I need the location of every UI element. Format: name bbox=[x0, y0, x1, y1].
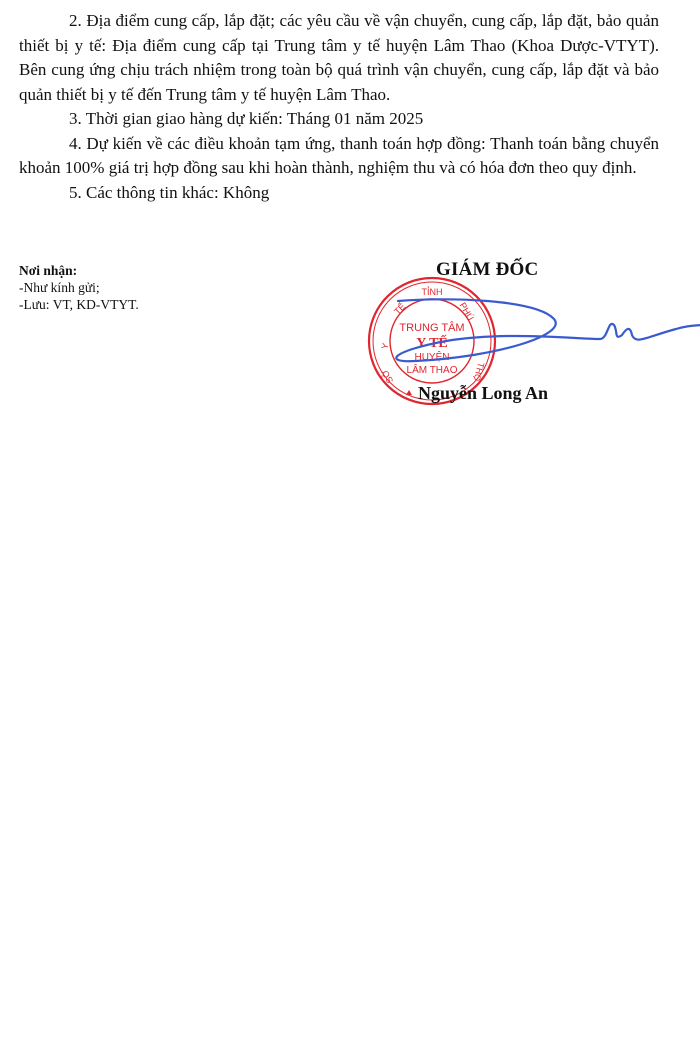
paragraph-payment-terms: 4. Dự kiến về các điều khoản tạm ứng, th… bbox=[19, 132, 659, 181]
paragraph-other-info: 5. Các thông tin khác: Không bbox=[19, 181, 659, 206]
recipient-item: -Lưu: VT, KD-VTYT. bbox=[19, 296, 139, 313]
recipients-heading: Nơi nhận: bbox=[19, 262, 139, 279]
paragraph-delivery-time: 3. Thời gian giao hàng dự kiến: Tháng 01… bbox=[19, 107, 659, 132]
recipient-item: -Như kính gửi; bbox=[19, 279, 139, 296]
signature-block: GIÁM ĐỐC Y TẾ TỈNH PHÚ THỌ SỞ TRUNG TÂM … bbox=[360, 255, 700, 415]
handwritten-signature-icon bbox=[386, 295, 700, 375]
document-page: 2. Địa điểm cung cấp, lắp đặt; các yêu c… bbox=[0, 0, 700, 1040]
signer-name: Nguyễn Long An bbox=[418, 383, 548, 404]
document-body: 2. Địa điểm cung cấp, lắp đặt; các yêu c… bbox=[19, 9, 659, 205]
recipients-block: Nơi nhận: -Như kính gửi; -Lưu: VT, KD-VT… bbox=[19, 262, 139, 313]
paragraph-delivery-location: 2. Địa điểm cung cấp, lắp đặt; các yêu c… bbox=[19, 9, 659, 107]
